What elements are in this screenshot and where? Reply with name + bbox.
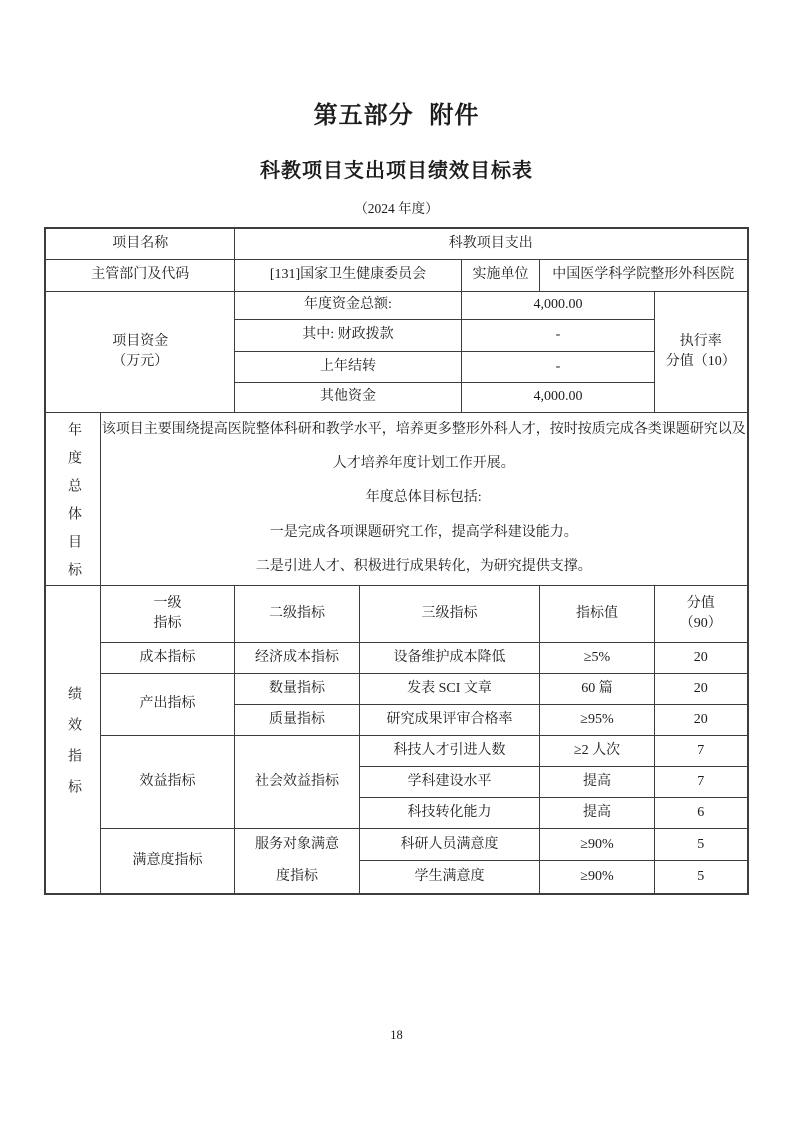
l1-benefit: 效益指标 [100,735,234,828]
indicator-score: 5 [654,861,747,894]
l2-quality: 质量指标 [234,704,359,735]
indicator-value: ≥95% [539,704,654,735]
goal-paragraph: 年度总体目标包括: [101,481,747,515]
header-level3: 三级指标 [359,585,539,642]
table-row: 年度总体目标 该项目主要围绕提高医院整体科研和教学水平，培养更多整形外科人才，按… [45,412,747,585]
l3-indicator: 设备维护成本降低 [359,642,539,673]
part-title: 第五部分 附件 [0,0,793,131]
annual-goal-label: 年度总体目标 [45,412,100,585]
fund-fiscal-value: - [461,319,654,351]
indicator-score: 6 [654,797,747,828]
exec-rate-score: 执行率 分值（10） [654,291,747,412]
impl-unit-label: 实施单位 [461,259,539,291]
year-label: （2024 年度） [0,201,793,217]
document-title: 科教项目支出项目绩效目标表 [0,160,793,182]
l2-social-benefit: 社会效益指标 [234,735,359,828]
dept-label: 主管部门及代码 [45,259,234,291]
indicator-value: ≥90% [539,861,654,894]
annual-goal-content: 该项目主要围绕提高医院整体科研和教学水平，培养更多整形外科人才，按时按质完成各类… [100,412,747,585]
fund-carryover-label: 上年结转 [234,351,461,382]
project-name-label: 项目名称 [45,228,234,259]
fund-other-label: 其他资金 [234,382,461,412]
table-row: 项目资金 （万元） 年度资金总额: 4,000.00 执行率 分值（10） [45,291,747,319]
table-row: 产出指标 数量指标 发表 SCI 文章 60 篇 20 [45,673,747,704]
l1-satisfaction: 满意度指标 [100,828,234,894]
indicator-score: 5 [654,828,747,861]
header-level1-line2: 指标 [101,614,234,634]
performance-target-table: 项目名称 科教项目支出 主管部门及代码 [131]国家卫生健康委员会 实施单位 … [44,227,748,895]
funding-label-line2: （万元） [46,352,234,372]
fund-other-value: 4,000.00 [461,382,654,412]
goal-paragraph: 一是完成各项课题研究工作，提高学科建设能力。 [101,516,747,550]
table-row: 成本指标 经济成本指标 设备维护成本降低 ≥5% 20 [45,642,747,673]
l3-indicator: 发表 SCI 文章 [359,673,539,704]
goal-paragraph: 该项目主要围绕提高医院整体科研和教学水平，培养更多整形外科人才，按时按质完成各类… [101,413,747,482]
l3-indicator: 学科建设水平 [359,766,539,797]
l2-economic-cost: 经济成本指标 [234,642,359,673]
table-row: 项目名称 科教项目支出 [45,228,747,259]
project-name-value: 科教项目支出 [234,228,747,259]
indicator-value: 提高 [539,797,654,828]
indicator-value: ≥5% [539,642,654,673]
fund-carryover-value: - [461,351,654,382]
header-score: 分值 （90） [654,585,747,642]
indicator-value: ≥2 人次 [539,735,654,766]
indicator-score: 20 [654,642,747,673]
indicator-value: 60 篇 [539,673,654,704]
impl-unit-value: 中国医学科学院整形外科医院 [539,259,747,291]
l3-indicator: 学生满意度 [359,861,539,894]
funding-label-line1: 项目资金 [46,332,234,352]
table-row: 效益指标 社会效益指标 科技人才引进人数 ≥2 人次 7 [45,735,747,766]
table-row: 绩效指标 一级 指标 二级指标 三级指标 指标值 分值 （90） [45,585,747,642]
indicator-value: 提高 [539,766,654,797]
header-score-line2: （90） [655,614,747,634]
document-page: 第五部分 附件 科教项目支出项目绩效目标表 （2024 年度） 项目名称 科教项… [0,0,793,1122]
l1-output: 产出指标 [100,673,234,735]
indicator-score: 7 [654,766,747,797]
header-score-line1: 分值 [655,594,747,614]
l2-quantity: 数量指标 [234,673,359,704]
dept-value: [131]国家卫生健康委员会 [234,259,461,291]
annual-goal-label-text: 年度总体目标 [63,422,83,586]
perf-section-label-text: 绩效指标 [63,686,83,810]
l3-indicator: 科技转化能力 [359,797,539,828]
table-row: 主管部门及代码 [131]国家卫生健康委员会 实施单位 中国医学科学院整形外科医… [45,259,747,291]
l3-indicator: 科技人才引进人数 [359,735,539,766]
perf-section-label: 绩效指标 [45,585,100,894]
indicator-score: 20 [654,673,747,704]
header-value: 指标值 [539,585,654,642]
indicator-score: 20 [654,704,747,735]
table-row: 满意度指标 服务对象满意度指标 科研人员满意度 ≥90% 5 [45,828,747,861]
exec-rate-line2: 分值（10） [655,352,747,372]
exec-rate-line1: 执行率 [655,332,747,352]
header-level1-line1: 一级 [101,594,234,614]
header-level2: 二级指标 [234,585,359,642]
funding-label: 项目资金 （万元） [45,291,234,412]
l3-indicator: 科研人员满意度 [359,828,539,861]
header-level1: 一级 指标 [100,585,234,642]
indicator-value: ≥90% [539,828,654,861]
l2-service-satisfaction: 服务对象满意度指标 [234,828,359,894]
fund-fiscal-label: 其中: 财政拨款 [234,319,461,351]
fund-total-label: 年度资金总额: [234,291,461,319]
indicator-score: 7 [654,735,747,766]
goal-paragraph: 二是引进人才、积极进行成果转化，为研究提供支撑。 [101,550,747,584]
l1-cost: 成本指标 [100,642,234,673]
l3-indicator: 研究成果评审合格率 [359,704,539,735]
page-number: 18 [0,1028,793,1043]
fund-total-value: 4,000.00 [461,291,654,319]
